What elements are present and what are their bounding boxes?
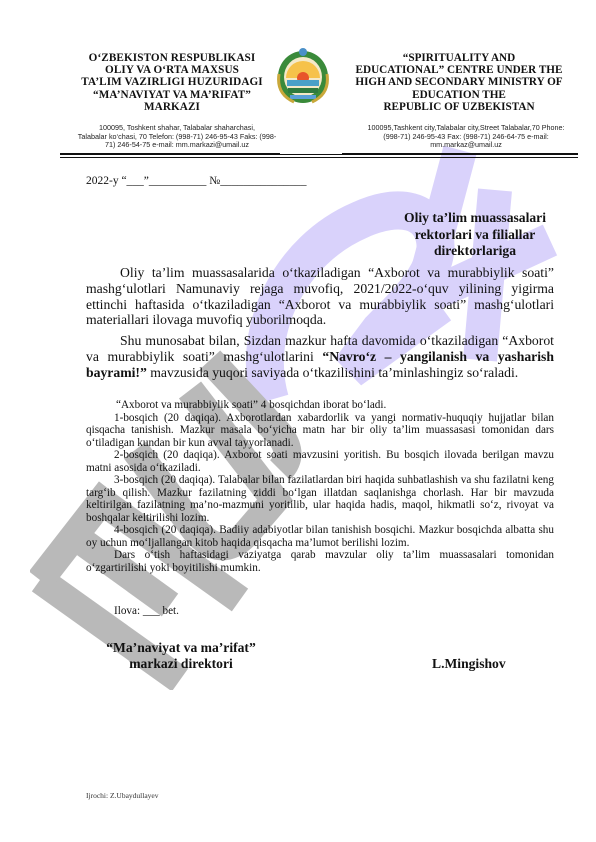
header-right-address: 100095,Tashkent city,Talabalar city,Stre… [356,124,576,150]
stages-intro: “Axborot va murabbiylik soati” 4 bosqich… [86,399,554,412]
header-divider-thin [60,157,578,158]
header-divider-center [280,154,342,155]
date-number-line: 2022-y “___”__________ №_______________ [86,175,307,187]
header-right-line: HIGH AND SECONDARY MINISTRY OF [342,76,576,88]
address-line: 71) 246-54-75 e-mail: mm.markazi@umail.u… [70,141,284,150]
stage-item: 1-bosqich (20 daqiqa). Axborotlardan xab… [86,412,554,450]
addressee-line: rektorlari va filiallar [390,227,560,244]
addressee-line: direktorlariga [390,243,560,260]
header-right-title: “SPIRITUALITY AND EDUCATIONAL” CENTRE UN… [342,52,576,113]
closing-paragraph: Dars o‘tish haftasidagi vaziyatga qarab … [86,549,554,574]
header-right-line: EDUCATIONAL” CENTRE UNDER THE [342,64,576,76]
stage-item: 3-bosqich (20 daqiqa). Talabalar bilan f… [86,474,554,524]
address-line: mm.markaz@umail.uz [356,141,576,150]
stages-block: “Axborot va murabbiylik soati” 4 bosqich… [86,399,554,574]
state-emblem-icon [276,44,330,106]
body-paragraph-2: Shu munosabat bilan, Sizdan mazkur hafta… [86,333,554,380]
header-right-line: REPUBLIC OF UZBEKISTAN [342,101,576,113]
stage-item: 2-bosqich (20 daqiqa). Axborot soati mav… [86,449,554,474]
addressee: Oliy ta’lim muassasalari rektorlari va f… [390,210,560,260]
signatory-title: “Ma’naviyat va ma’rifat” markazi direkto… [96,640,266,671]
header-left-line: O‘ZBEKISTON RESPUBLIKASI [64,52,280,64]
header-left-line: “MA’NAVIYAT VA MA’RIFAT” [64,89,280,101]
signatory-name: L.Mingishov [432,656,506,672]
stage-item: 4-bosqich (20 daqiqa). Badiiy adabiyotla… [86,524,554,549]
header-left-address: 100095, Toshkent shahar, Talabalar shaha… [70,124,284,150]
header-left-title: O‘ZBEKISTON RESPUBLIKASI OLIY VA O‘RTA M… [64,52,280,113]
signatory-title-line: markazi direktori [96,656,266,672]
executor-note: Ijrochi: Z.Ubaydullayev [86,791,158,800]
paragraph-text: mavzusida yuqori saviyada o‘tkazilishini… [147,365,518,380]
header-left-line: OLIY VA O‘RTA MAXSUS [64,64,280,76]
header-right-line: EDUCATION THE [342,89,576,101]
addressee-line: Oliy ta’lim muassasalari [390,210,560,227]
header-right-line: “SPIRITUALITY AND [342,52,576,64]
header-left-line: TA’LIM VAZIRLIGI HUZURIDAGI [64,76,280,88]
attachment-note: Ilova: ___ bet. [114,605,179,617]
header-left-line: MARKAZI [64,101,280,113]
signatory-title-line: “Ma’naviyat va ma’rifat” [96,640,266,656]
body-paragraph-1: Oliy ta’lim muassasalarida o‘tkaziladiga… [86,265,554,328]
